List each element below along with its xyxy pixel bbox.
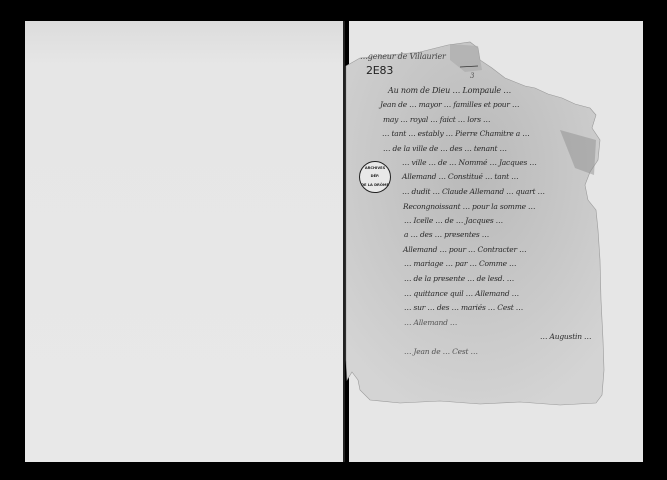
stamp-text-middle: DÉP. [360, 174, 390, 178]
stamp-text-bottom: DE LA DRÔME [360, 183, 390, 187]
manuscript-fragment [0, 0, 667, 480]
text-line: Au nom de Dieu … Lompaule … [388, 86, 511, 95]
text-line: … quittance quil … Allemand … [404, 289, 519, 298]
text-line: Recongnoissant … pour la somme … [403, 202, 535, 211]
text-line: … sur … des … mariés … Cest … [404, 303, 523, 312]
text-line: … Allemand … [404, 318, 457, 327]
text-line: may … royal … faict … lors … [383, 115, 490, 124]
text-line: … mariage … par … Comme … [404, 259, 516, 268]
document-header: …geneur de Villaurier [360, 52, 446, 61]
text-line: Allemand … Constitué … tant … [402, 172, 518, 181]
stamp-text-top: ARCHIVES [360, 166, 390, 170]
text-line: … de la presente … de lesd. … [404, 274, 514, 283]
text-line: Allemand … pour … Contracter … [403, 245, 526, 254]
text-line: Jean de … mayor … familles et pour … [380, 100, 519, 109]
archive-stamp: ARCHIVES DÉP. DE LA DRÔME [359, 161, 391, 193]
text-line: … dudit … Claude Allemand … quart … [402, 187, 545, 196]
text-line: … ville … de … Nommé … Jacques … [402, 158, 537, 167]
text-line: … Jean de … Cest … [404, 347, 478, 356]
text-line: … de la ville de … des … tenant … [383, 144, 507, 153]
text-line: a … des … presentes … [404, 230, 489, 239]
text-line: … tant … estably … Pierre Chamitre a … [382, 129, 530, 138]
text-line: … Augustin … [540, 332, 591, 341]
folio-mark: 3 [470, 72, 474, 80]
reference-number: 2E83 [366, 64, 393, 77]
text-line: … Icelle … de … Jacques … [404, 216, 503, 225]
